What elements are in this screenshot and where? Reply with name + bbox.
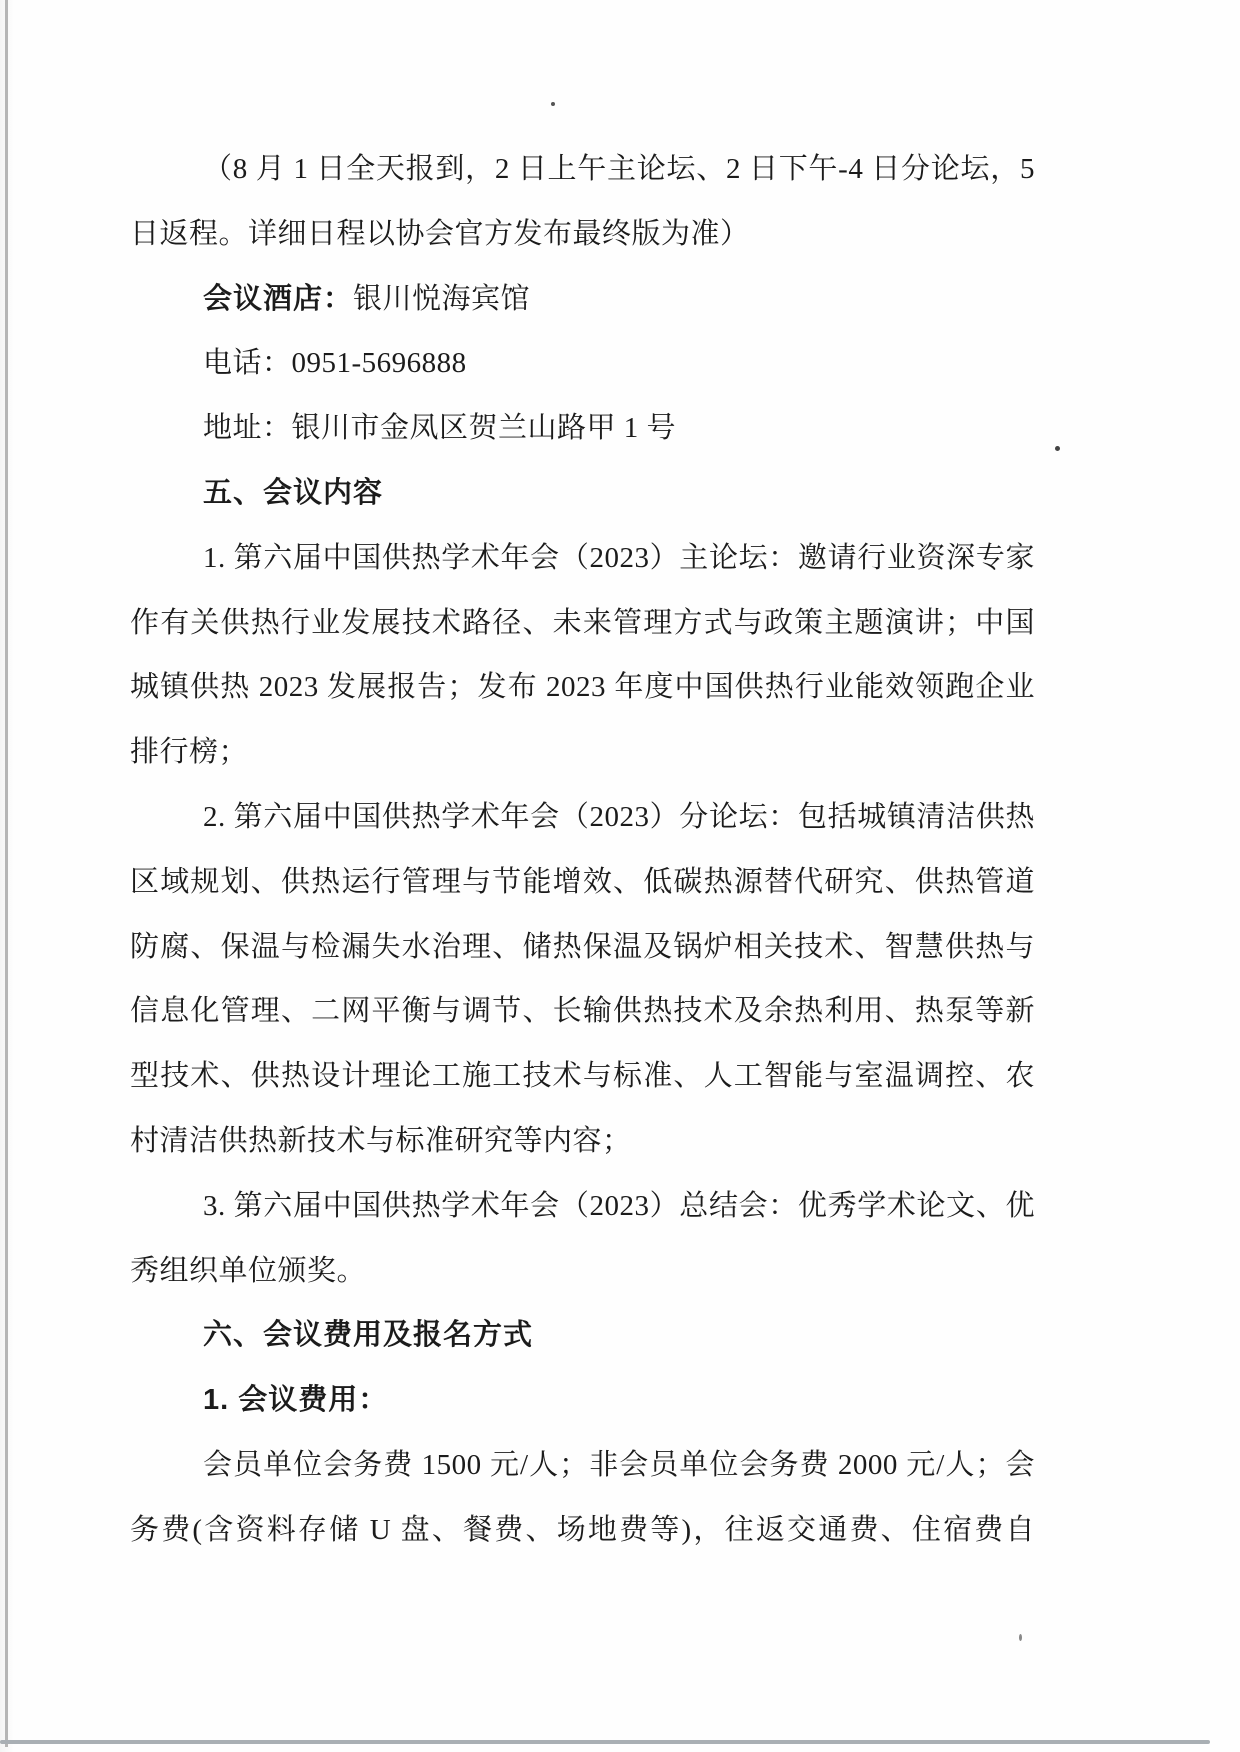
- bold-label: 会议酒店：: [203, 283, 353, 315]
- text-line: 六、会议费用及报名方式: [130, 1303, 1035, 1368]
- text-line: 地址：银川市金凤区贺兰山路甲 1 号: [130, 396, 1035, 461]
- text-line: 3. 第六届中国供热学术年会（2023）总结会：优秀学术论文、优: [130, 1174, 1035, 1239]
- text-line: 五、会议内容: [130, 461, 1035, 526]
- scan-speck: [1019, 1634, 1022, 1641]
- page-left-edge: [5, 0, 8, 1747]
- text-line: 作有关供热行业发展技术路径、未来管理方式与政策主题演讲；中国: [130, 591, 1035, 656]
- text-line: 型技术、供热设计理论工施工技术与标准、人工智能与室温调控、农: [130, 1044, 1035, 1109]
- text-line: 1. 第六届中国供热学术年会（2023）主论坛：邀请行业资深专家: [130, 526, 1035, 591]
- text-line: 信息化管理、二网平衡与调节、长输供热技术及余热利用、热泵等新: [130, 979, 1035, 1044]
- text-line: 会议酒店：银川悦海宾馆: [130, 267, 1035, 332]
- text-line: 1. 会议费用：: [130, 1368, 1035, 1433]
- text-line: 秀组织单位颁奖。: [130, 1239, 1035, 1304]
- page-bottom-edge: [0, 1740, 1210, 1744]
- text-line: 电话：0951-5696888: [130, 331, 1035, 396]
- text-line: （8 月 1 日全天报到，2 日上午主论坛、2 日下午-4 日分论坛，5: [130, 137, 1035, 202]
- text-line: 2. 第六届中国供热学术年会（2023）分论坛：包括城镇清洁供热: [130, 785, 1035, 850]
- text-line: 防腐、保温与检漏失水治理、储热保温及锅炉相关技术、智慧供热与: [130, 915, 1035, 980]
- text-line: 日返程。详细日程以协会官方发布最终版为准）: [130, 202, 1035, 267]
- scan-speck: [1055, 446, 1060, 451]
- text-line: 务费(含资料存储 U 盘、餐费、场地费等)，往返交通费、住宿费自理。: [130, 1498, 1035, 1563]
- text-line: 村清洁供热新技术与标准研究等内容；: [130, 1109, 1035, 1174]
- document-body: （8 月 1 日全天报到，2 日上午主论坛、2 日下午-4 日分论坛，5日返程。…: [130, 137, 1035, 1563]
- text-line: 排行榜；: [130, 720, 1035, 785]
- scanned-page: （8 月 1 日全天报到，2 日上午主论坛、2 日下午-4 日分论坛，5日返程。…: [0, 0, 1240, 1752]
- scan-speck: [551, 102, 555, 106]
- text-line: 城镇供热 2023 发展报告；发布 2023 年度中国供热行业能效领跑企业: [130, 655, 1035, 720]
- text-line: 会员单位会务费 1500 元/人；非会员单位会务费 2000 元/人；会: [130, 1433, 1035, 1498]
- text-line: 区域规划、供热运行管理与节能增效、低碳热源替代研究、供热管道: [130, 850, 1035, 915]
